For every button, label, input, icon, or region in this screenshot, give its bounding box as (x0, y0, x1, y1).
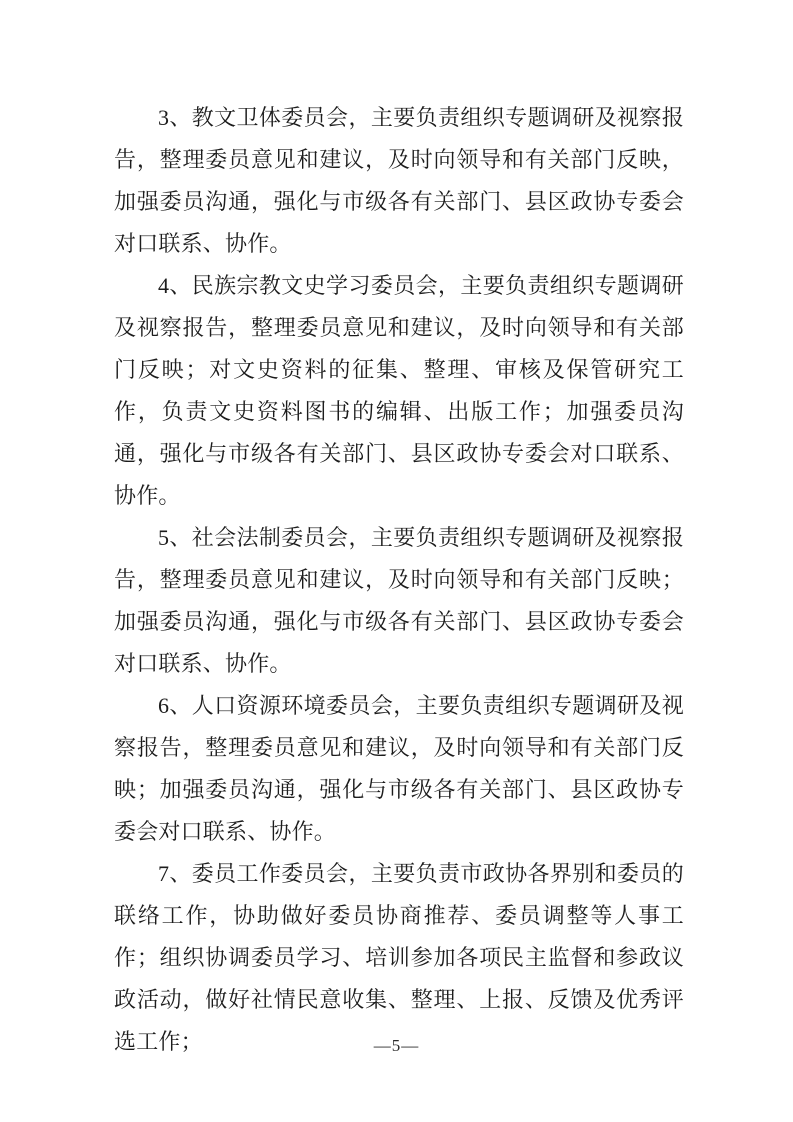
document-page: 3、教文卫体委员会，主要负责组织专题调研及视察报告，整理委员意见和建议，及时向领… (0, 0, 793, 1122)
paragraph-item-6: 6、人口资源环境委员会，主要负责组织专题调研及视察报告，整理委员意见和建议，及时… (114, 685, 684, 853)
paragraph-item-7: 7、委员工作委员会，主要负责市政协各界别和委员的联络工作，协助做好委员协商推荐、… (114, 853, 684, 1063)
paragraph-item-4: 4、民族宗教文史学习委员会，主要负责组织专题调研及视察报告，整理委员意见和建议，… (114, 265, 684, 517)
page-number: —5— (374, 1036, 420, 1056)
page-footer: —5— (0, 1036, 793, 1056)
document-body: 3、教文卫体委员会，主要负责组织专题调研及视察报告，整理委员意见和建议，及时向领… (114, 97, 684, 1063)
paragraph-item-5: 5、社会法制委员会，主要负责组织专题调研及视察报告，整理委员意见和建议，及时向领… (114, 517, 684, 685)
paragraph-item-3: 3、教文卫体委员会，主要负责组织专题调研及视察报告，整理委员意见和建议，及时向领… (114, 97, 684, 265)
